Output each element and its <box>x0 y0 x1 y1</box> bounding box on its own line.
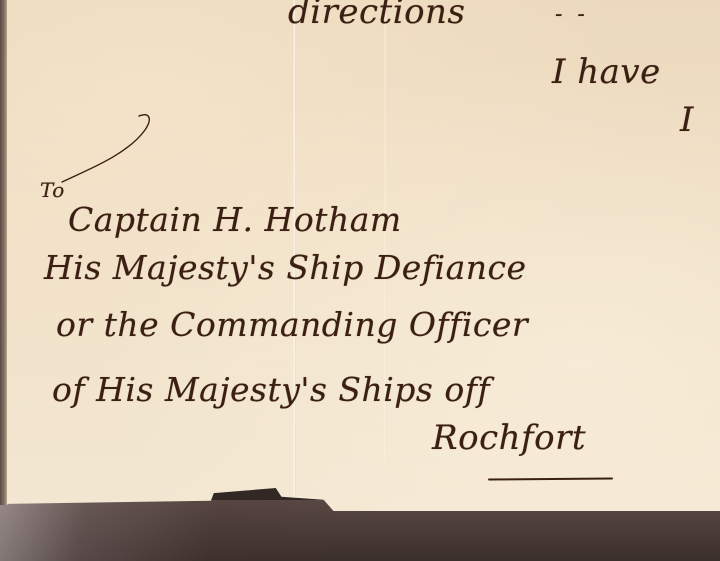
closing-line-1: I have <box>552 52 661 92</box>
address-recipient: Captain H. Hotham <box>68 200 402 239</box>
body-text-directions: directions <box>288 0 465 32</box>
address-line-officer: or the Commanding Officer <box>56 305 528 344</box>
address-line-ships: of His Majesty's Ships off <box>52 370 490 409</box>
address-line-ship: His Majesty's Ship Defiance <box>44 248 527 287</box>
closing-line-2: I <box>680 100 694 140</box>
pen-flourish-icon <box>57 110 167 190</box>
address-salutation: To <box>40 178 65 202</box>
left-edge-shadow <box>0 0 8 505</box>
body-text-dash: - - <box>555 2 589 27</box>
address-location: Rochfort <box>432 418 586 458</box>
photo-scene: directions - - I have I To Captain H. Ho… <box>0 0 720 561</box>
